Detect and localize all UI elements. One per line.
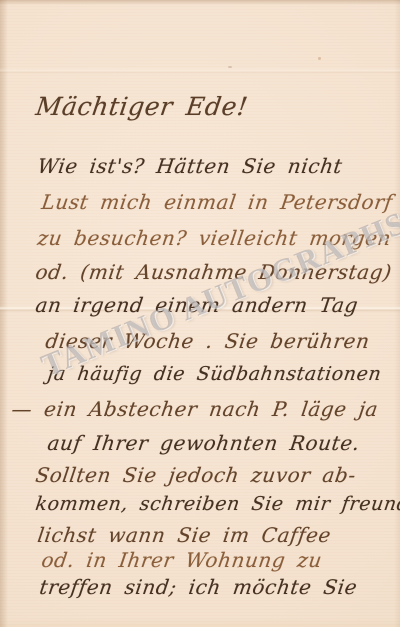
letter-line: lichst wann Sie im Caffee [36, 523, 333, 547]
letter-line: dieser Woche . Sie berühren [44, 329, 371, 353]
letter-line: ja häufig die Südbahnstationen [46, 363, 383, 385]
letter-line: treffen sind; ich möchte Sie [38, 575, 359, 599]
salutation-line: Mächtiger Ede! [34, 92, 250, 121]
letter-line: — ein Abstecher nach P. läge ja [10, 397, 380, 421]
letter-line: zu besuchen? vielleicht morgen [36, 226, 393, 250]
letter-line: auf Ihrer gewohnten Route. [46, 431, 362, 455]
paper-crease-top [0, 68, 400, 74]
paper-speck [318, 57, 321, 60]
letter-line: od. in Ihrer Wohnung zu [40, 548, 324, 572]
letter-line: Lust mich einmal in Petersdorf [40, 190, 394, 214]
letter-line: Wie ist's? Hätten Sie nicht [36, 154, 344, 178]
letter-line: an irgend einem andern Tag [34, 293, 360, 317]
letter-page: Mächtiger Ede! Wie ist's? Hätten Sie nic… [0, 0, 400, 627]
paper-speck [228, 66, 232, 68]
letter-line: Sollten Sie jedoch zuvor ab- [34, 463, 358, 487]
letter-line: kommen, schreiben Sie mir freund- [34, 493, 400, 515]
letter-line: od. (mit Ausnahme Donnerstag) [34, 260, 393, 284]
